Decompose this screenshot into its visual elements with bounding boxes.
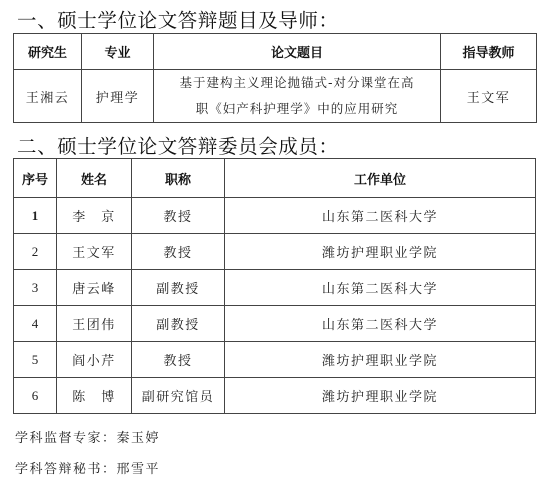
table-row: 3 唐云峰 副教授 山东第二医科大学: [14, 270, 536, 306]
member-no: 6: [14, 378, 57, 414]
member-name: 阎小芹: [57, 342, 132, 378]
member-name: 王文军: [57, 234, 132, 270]
member-unit: 潍坊护理职业学院: [225, 378, 536, 414]
member-no: 5: [14, 342, 57, 378]
member-name: 李 京: [57, 198, 132, 234]
member-unit: 潍坊护理职业学院: [225, 234, 536, 270]
thesis-table: 研究生 专业 论文题目 指导教师 王湘云 护理学 基于建构主义理论抛锚式-对分课…: [13, 33, 537, 123]
header-advisor: 指导教师: [441, 34, 537, 70]
member-no: 2: [14, 234, 57, 270]
table-row: 1 李 京 教授 山东第二医科大学: [14, 198, 536, 234]
thesis-topic: 基于建构主义理论抛锚式-对分课堂在高 职《妇产科护理学》中的应用研究: [154, 70, 441, 123]
secretary-line: 学科答辩秘书：邢雪平: [15, 458, 160, 477]
table-row: 2 王文军 教授 潍坊护理职业学院: [14, 234, 536, 270]
member-name: 陈 博: [57, 378, 132, 414]
thesis-topic-line1: 基于建构主义理论抛锚式-对分课堂在高: [154, 70, 440, 96]
member-no: 3: [14, 270, 57, 306]
member-unit: 山东第二医科大学: [225, 198, 536, 234]
member-title: 副教授: [132, 306, 225, 342]
student-name: 王湘云: [14, 70, 82, 123]
major: 护理学: [82, 70, 154, 123]
table-row: 5 阎小芹 教授 潍坊护理职业学院: [14, 342, 536, 378]
member-no: 4: [14, 306, 57, 342]
header-major: 专业: [82, 34, 154, 70]
member-name: 唐云峰: [57, 270, 132, 306]
member-title: 教授: [132, 342, 225, 378]
table-row: 王湘云 护理学 基于建构主义理论抛锚式-对分课堂在高 职《妇产科护理学》中的应用…: [14, 70, 537, 123]
table-header-row: 研究生 专业 论文题目 指导教师: [14, 34, 537, 70]
member-unit: 潍坊护理职业学院: [225, 342, 536, 378]
supervisor-line: 学科监督专家：秦玉婷: [15, 427, 160, 446]
table-row: 6 陈 博 副研究馆员 潍坊护理职业学院: [14, 378, 536, 414]
committee-table: 序号 姓名 职称 工作单位 1 李 京 教授 山东第二医科大学 2 王文军 教授…: [13, 158, 536, 414]
table-row: 4 王团伟 副教授 山东第二医科大学: [14, 306, 536, 342]
member-name: 王团伟: [57, 306, 132, 342]
section-title-thesis: 一、硕士学位论文答辩题目及导师：: [17, 5, 339, 33]
member-title: 教授: [132, 234, 225, 270]
member-title: 副研究馆员: [132, 378, 225, 414]
header-unit: 工作单位: [225, 159, 536, 198]
member-title: 副教授: [132, 270, 225, 306]
section-title-committee: 二、硕士学位论文答辩委员会成员：: [17, 131, 339, 159]
advisor-name: 王文军: [441, 70, 537, 123]
member-no: 1: [14, 198, 57, 234]
header-topic: 论文题目: [154, 34, 441, 70]
header-student: 研究生: [14, 34, 82, 70]
member-unit: 山东第二医科大学: [225, 270, 536, 306]
table-header-row: 序号 姓名 职称 工作单位: [14, 159, 536, 198]
header-name: 姓名: [57, 159, 132, 198]
member-title: 教授: [132, 198, 225, 234]
thesis-topic-line2: 职《妇产科护理学》中的应用研究: [154, 96, 440, 122]
header-no: 序号: [14, 159, 57, 198]
header-title: 职称: [132, 159, 225, 198]
member-unit: 山东第二医科大学: [225, 306, 536, 342]
